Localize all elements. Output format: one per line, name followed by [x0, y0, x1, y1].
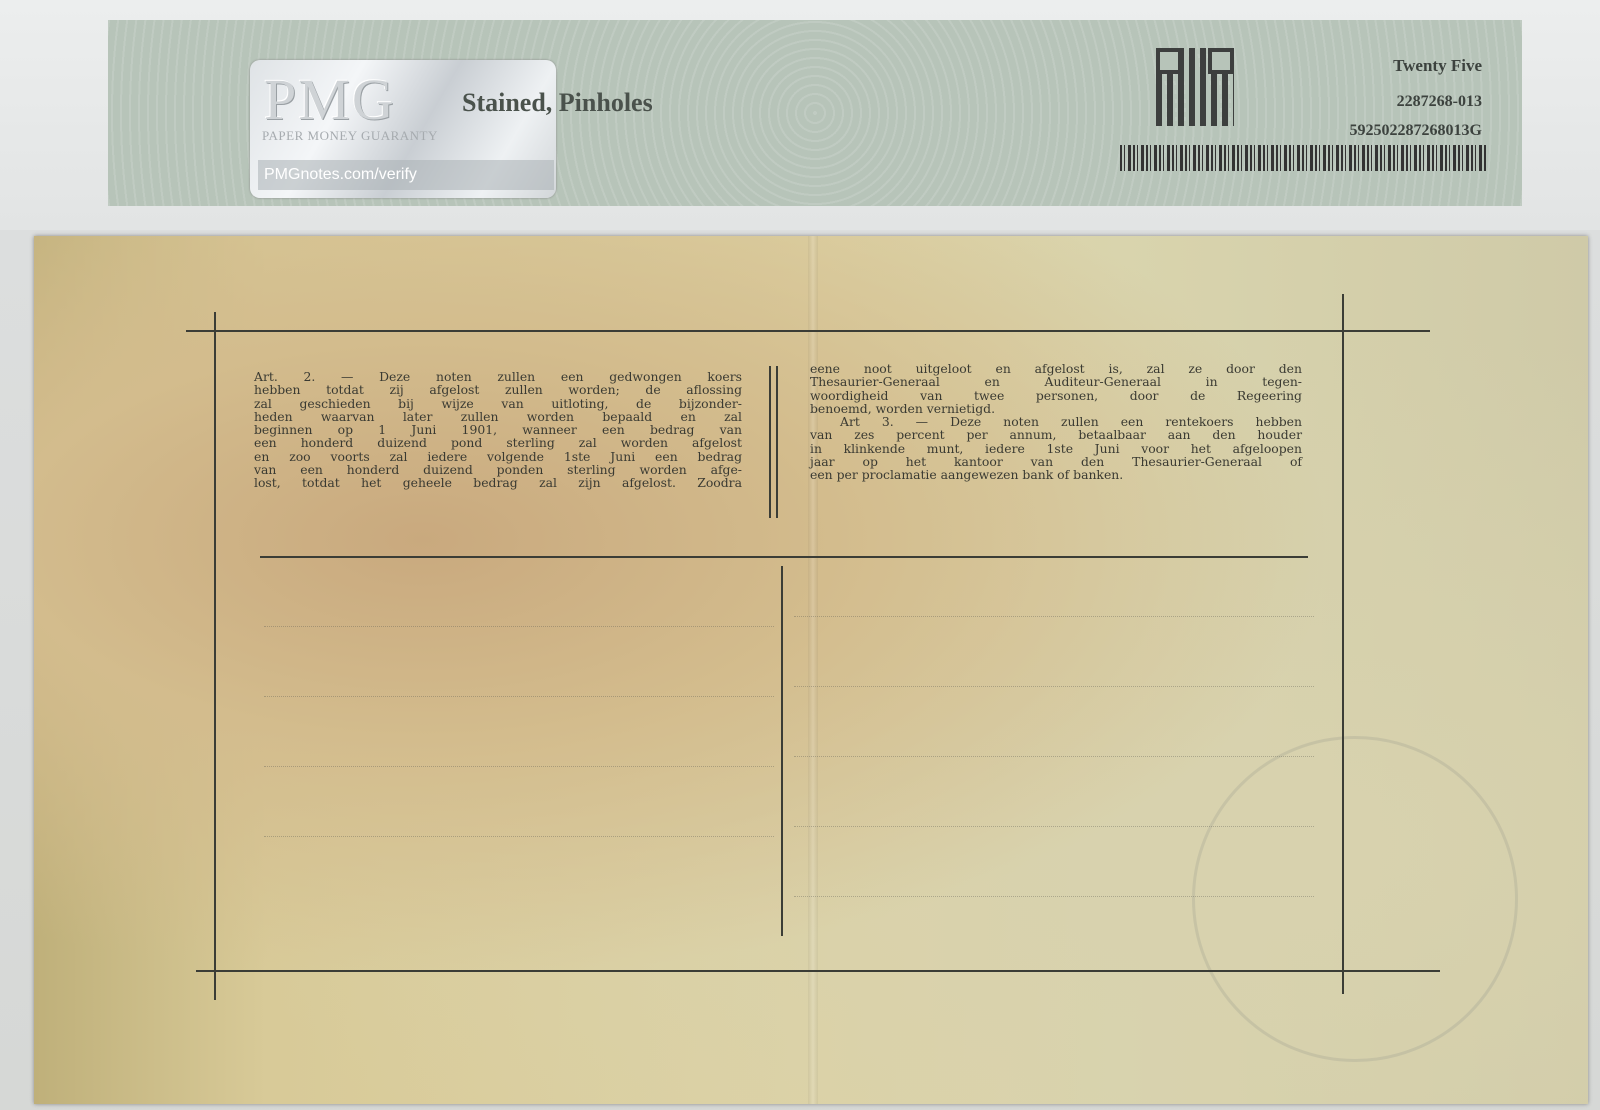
- frame-right: [1342, 294, 1344, 994]
- banknote-back: Art. 2. — Deze noten zullen een gedwonge…: [34, 236, 1588, 1104]
- pmg-subtitle: PAPER MONEY GUARANTY: [262, 128, 438, 144]
- frame-mid: [260, 556, 1308, 558]
- pmg-logo: PMG: [264, 66, 396, 133]
- faint-stamp: [1192, 736, 1518, 1062]
- frame-center: [781, 566, 783, 936]
- cert-number: 2287268-013: [1397, 93, 1482, 111]
- column-divider-b: [776, 366, 778, 518]
- column-divider-a: [769, 366, 771, 518]
- barcode-icon: [1120, 145, 1486, 171]
- frame-bottom: [196, 970, 1440, 972]
- pmg-hologram: PMG PAPER MONEY GUARANTY PMGnotes.com/ve…: [250, 60, 556, 198]
- frame-top: [186, 330, 1430, 332]
- frame-left: [214, 312, 216, 1000]
- verify-url: PMGnotes.com/verify: [258, 160, 554, 190]
- grade-text: Twenty Five: [1393, 56, 1482, 76]
- barcode-number: 592502287268013G: [1350, 122, 1482, 140]
- grading-comments: Stained, Pinholes: [462, 88, 653, 118]
- article-3-text: eene noot uitgeloot en afgelost is, zal …: [810, 362, 1302, 482]
- qr-code-icon: [1156, 48, 1234, 126]
- pmg-holder: PMG PAPER MONEY GUARANTY PMGnotes.com/ve…: [0, 0, 1600, 230]
- grading-label: PMG PAPER MONEY GUARANTY PMGnotes.com/ve…: [108, 20, 1522, 206]
- article-2-text: Art. 2. — Deze noten zullen een gedwonge…: [254, 370, 742, 490]
